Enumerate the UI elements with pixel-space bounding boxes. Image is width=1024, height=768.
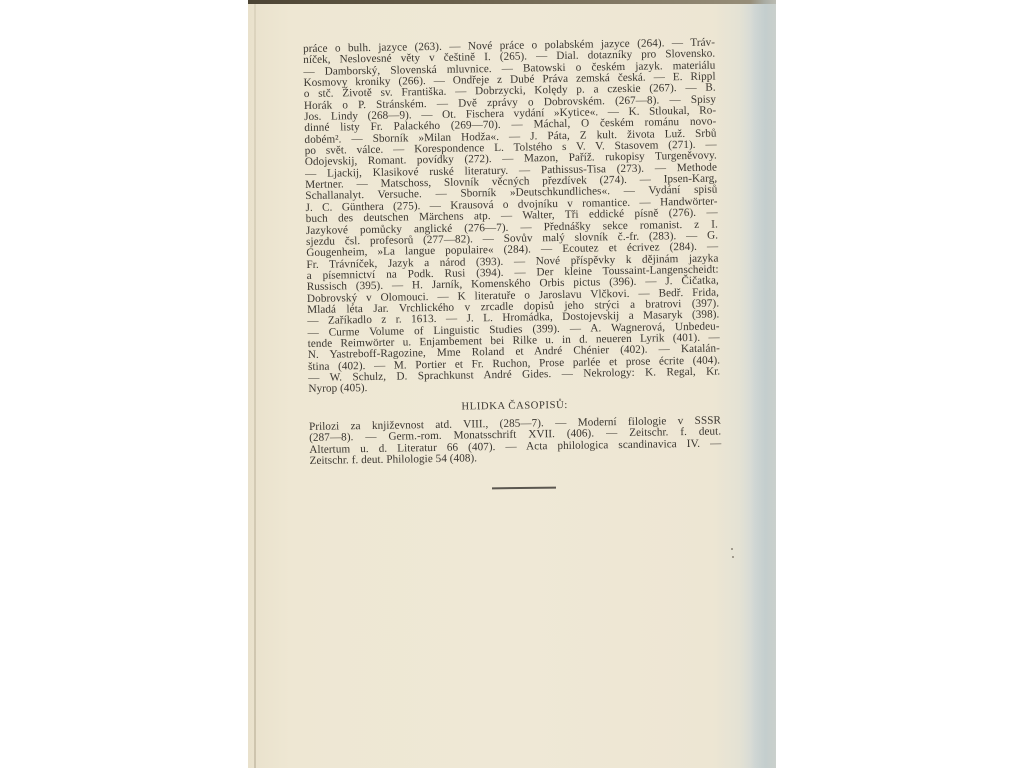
page-text-block: práce o bulh. jazyce (263). — Nové práce…	[303, 38, 722, 468]
body-paragraph: práce o bulh. jazyce (263). — Nové práce…	[303, 38, 720, 396]
section-heading: HLIDKA ČASOPISŮ:	[309, 397, 721, 415]
page-top-edge	[248, 0, 776, 4]
reverse-side-show-through: ​​	[302, 498, 725, 762]
paper-speck	[731, 548, 733, 550]
scanned-page: ​​ práce o bulh. jazyce (263). — Nové pr…	[248, 0, 776, 768]
page-edge-shadow	[750, 0, 776, 768]
section-paragraph: Prilozi za književnost atd. VIII., (285—…	[309, 415, 722, 467]
gutter-crease	[254, 4, 256, 768]
paper-speck	[732, 556, 734, 558]
end-divider-rule	[492, 487, 556, 489]
